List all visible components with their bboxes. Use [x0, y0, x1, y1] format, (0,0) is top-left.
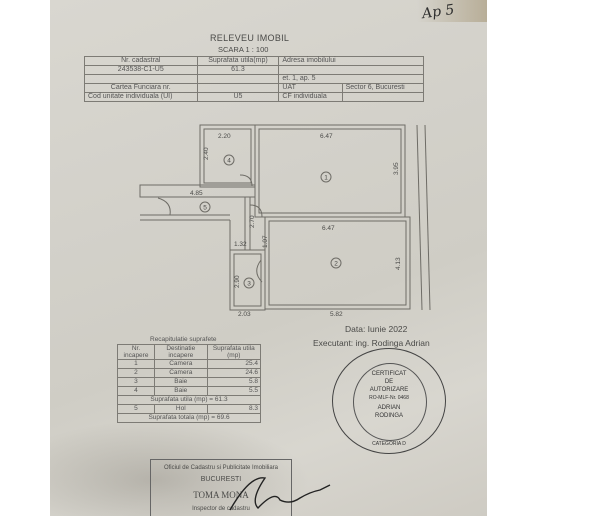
row-destination: Baie	[154, 387, 207, 396]
row-area: 24.6	[207, 369, 260, 378]
svg-text:2.20: 2.20	[218, 133, 231, 140]
stamp-text: DE	[333, 379, 445, 386]
authorization-stamp: CERTIFICAT DE AUTORIZARE RO-MLF-Nr. 0468…	[332, 348, 446, 454]
col-header-area: Suprafata utila (mp)	[207, 345, 260, 360]
document-title: RELEVEU IMOBIL	[210, 33, 289, 43]
stamp-ring-text: CATEGORIA D	[333, 441, 445, 448]
cadastral-value: 243538-C1-U5	[85, 66, 198, 75]
unit-code-value: U5	[197, 93, 279, 102]
address-value: et. 1, ap. 5	[279, 75, 424, 84]
scanned-document: Ap 5 RELEVEU IMOBIL SCARA 1 : 100 Nr. ca…	[50, 0, 487, 516]
uat-label: UAT	[279, 84, 342, 93]
col-header-destination: Destinatie incapere	[154, 345, 207, 360]
executant-name: Executant: ing. Rodinga Adrian	[313, 338, 430, 348]
surface-header: Suprafata utila(mp)	[197, 57, 279, 66]
stamp-text: AUTORIZARE	[333, 387, 445, 394]
stamp-text: ADRIAN	[333, 405, 445, 412]
stamp-text: RODINGA	[333, 413, 445, 420]
row-area: 5.8	[207, 378, 260, 387]
surface-value: 61.3	[197, 66, 279, 75]
cf-label: CF individuala	[279, 93, 342, 102]
row-area: 5.5	[207, 387, 260, 396]
walls	[140, 125, 430, 310]
blank-cell	[197, 75, 279, 84]
row-area: 25.4	[207, 360, 260, 369]
col-header-nr: Nr. incapere	[118, 345, 155, 360]
svg-text:4.13: 4.13	[395, 257, 402, 270]
svg-text:2.03: 2.03	[238, 311, 251, 318]
svg-text:6.47: 6.47	[320, 133, 333, 140]
grand-area-total: Suprafata totala (mp) = 69.6	[118, 414, 261, 423]
dimension-labels: 2.20 2.40 6.47 3.95 4.85 2.70 6.47 4.13 …	[190, 133, 402, 318]
blank-cell	[197, 84, 279, 93]
blank-cell	[342, 93, 423, 102]
blank-cell	[85, 75, 198, 84]
floor-plan: 2.20 2.40 6.47 3.95 4.85 2.70 6.47 4.13 …	[130, 120, 450, 320]
svg-text:5.82: 5.82	[330, 311, 343, 318]
table-row: 3 Baie 5.8	[118, 378, 261, 387]
svg-text:4: 4	[227, 158, 231, 165]
uat-value: Sector 6, Bucuresti	[342, 84, 423, 93]
stamp-text: CERTIFICAT	[333, 371, 445, 378]
signature	[220, 470, 340, 516]
address-header: Adresa imobilului	[279, 57, 424, 66]
table-row: 4 Baie 5.5	[118, 387, 261, 396]
svg-text:2: 2	[334, 261, 338, 268]
address-empty	[279, 66, 424, 75]
row-nr: 3	[118, 378, 155, 387]
table-row: 1 Camera 25.4	[118, 360, 261, 369]
svg-text:3.95: 3.95	[393, 162, 400, 175]
svg-text:6.47: 6.47	[322, 225, 335, 232]
cadastral-header: Nr. cadastral	[85, 57, 198, 66]
svg-text:2.70: 2.70	[249, 215, 256, 228]
table-row: 5 Hol 8.3	[118, 405, 261, 414]
surface-recap-table: Nr. incapere Destinatie incapere Suprafa…	[117, 344, 261, 423]
svg-text:3: 3	[247, 281, 251, 288]
row-destination: Baie	[154, 378, 207, 387]
row-nr: 4	[118, 387, 155, 396]
row-nr: 5	[118, 405, 155, 414]
svg-text:1.32: 1.32	[234, 241, 247, 248]
carte-funciara-label: Cartea Funciara nr.	[85, 84, 198, 93]
svg-text:2.90: 2.90	[234, 275, 241, 288]
stamp-text: RO-MLF-Nr. 0468	[333, 395, 445, 402]
table-row: 2 Camera 24.6	[118, 369, 261, 378]
property-id-table: Nr. cadastral Suprafata utila(mp) Adresa…	[84, 56, 424, 102]
svg-text:2.40: 2.40	[203, 147, 210, 160]
document-scale: SCARA 1 : 100	[218, 45, 268, 54]
svg-text:5: 5	[203, 205, 207, 212]
row-destination: Camera	[154, 360, 207, 369]
svg-text:1.07: 1.07	[262, 235, 269, 248]
row-destination: Hol	[154, 405, 207, 414]
svg-text:1: 1	[324, 175, 328, 182]
unit-code-label: Cod unitate individuala (UI)	[85, 93, 198, 102]
recap-title: Recapitulatie suprafete	[150, 336, 217, 343]
row-area: 8.3	[207, 405, 260, 414]
row-destination: Camera	[154, 369, 207, 378]
row-nr: 1	[118, 360, 155, 369]
useful-area-total: Suprafata utila (mp) = 61.3	[118, 396, 261, 405]
survey-date: Data: Iunie 2022	[345, 324, 407, 334]
svg-text:4.85: 4.85	[190, 190, 203, 197]
row-nr: 2	[118, 369, 155, 378]
